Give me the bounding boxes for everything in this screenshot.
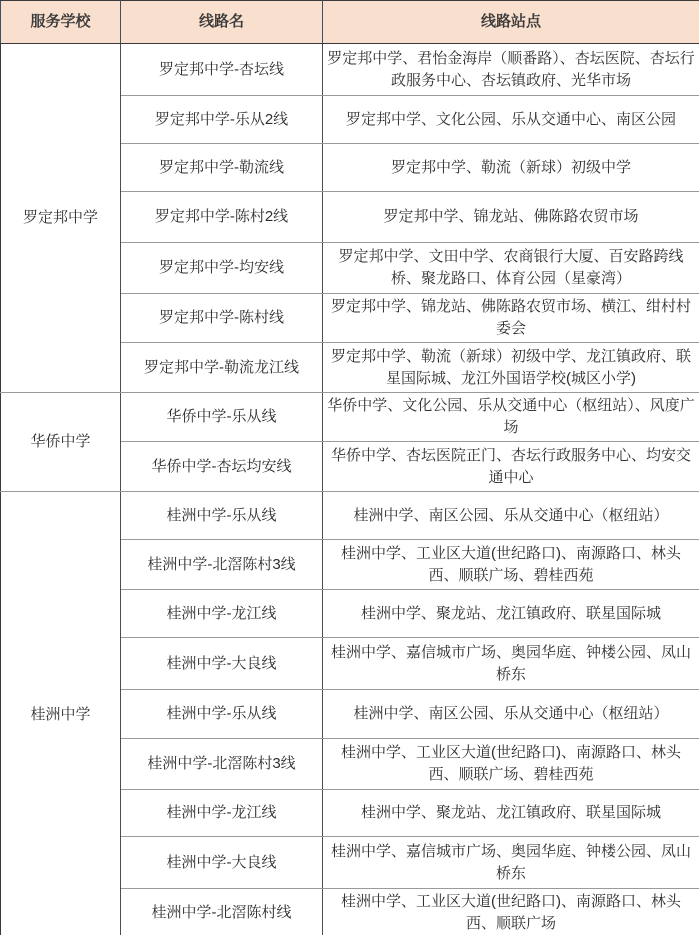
route-cell: 罗定邦中学-勒流线 <box>121 144 323 192</box>
stations-cell: 华侨中学、文化公园、乐从交通中心（枢纽站）、风度广场 <box>323 393 699 442</box>
stations-cell: 桂洲中学、南区公园、乐从交通中心（枢纽站） <box>323 492 699 540</box>
route-cell: 罗定邦中学-杏坛线 <box>121 44 323 96</box>
stations-cell: 华侨中学、杏坛医院正门、杏坛行政服务中心、均安交通中心 <box>323 442 699 492</box>
header-route: 线路名 <box>121 1 323 44</box>
stations-cell: 桂洲中学、工业区大道(世纪路口)、南源路口、林头西、顺联广场、碧桂西苑 <box>323 540 699 590</box>
route-cell: 罗定邦中学-勒流龙江线 <box>121 343 323 393</box>
route-cell: 罗定邦中学-均安线 <box>121 243 323 294</box>
stations-cell: 桂洲中学、嘉信城市广场、奥园华庭、钟楼公园、凤山桥东 <box>323 638 699 690</box>
school-cell: 罗定邦中学 <box>1 44 121 393</box>
table-row: 华侨中学 华侨中学-乐从线 华侨中学、文化公园、乐从交通中心（枢纽站）、风度广场 <box>1 393 699 442</box>
route-cell: 桂洲中学-北滘陈村线 <box>121 889 323 935</box>
stations-cell: 罗定邦中学、锦龙站、佛陈路农贸市场、横江、绀村村委会 <box>323 294 699 343</box>
stations-cell: 桂洲中学、聚龙站、龙江镇政府、联星国际城 <box>323 790 699 837</box>
stations-cell: 罗定邦中学、文田中学、农商银行大厦、百安路跨线桥、聚龙路口、体育公园（星豪湾） <box>323 243 699 294</box>
table-row: 桂洲中学 桂洲中学-乐从线 桂洲中学、南区公园、乐从交通中心（枢纽站） <box>1 492 699 540</box>
stations-cell: 罗定邦中学、勒流（新球）初级中学、龙江镇政府、联星国际城、龙江外国语学校(城区小… <box>323 343 699 393</box>
stations-cell: 罗定邦中学、锦龙站、佛陈路农贸市场 <box>323 192 699 243</box>
stations-cell: 罗定邦中学、君怡金海岸（顺番路）、杏坛医院、杏坛行政服务中心、杏坛镇政府、光华市… <box>323 44 699 96</box>
table-header-row: 服务学校 线路名 线路站点 <box>1 1 699 44</box>
route-cell: 桂洲中学-龙江线 <box>121 590 323 638</box>
school-cell: 华侨中学 <box>1 393 121 492</box>
route-cell: 华侨中学-杏坛均安线 <box>121 442 323 492</box>
route-cell: 桂洲中学-北滘陈村3线 <box>121 540 323 590</box>
stations-cell: 桂洲中学、工业区大道(世纪路口)、南源路口、林头西、顺联广场 <box>323 889 699 935</box>
stations-cell: 桂洲中学、工业区大道(世纪路口)、南源路口、林头西、顺联广场、碧桂西苑 <box>323 739 699 790</box>
stations-cell: 桂洲中学、嘉信城市广场、奥园华庭、钟楼公园、凤山桥东 <box>323 837 699 889</box>
route-cell: 罗定邦中学-陈村线 <box>121 294 323 343</box>
stations-cell: 桂洲中学、南区公园、乐从交通中心（枢纽站） <box>323 690 699 739</box>
route-cell: 桂洲中学-北滘陈村3线 <box>121 739 323 790</box>
route-cell: 桂洲中学-乐从线 <box>121 690 323 739</box>
stations-cell: 罗定邦中学、勒流（新球）初级中学 <box>323 144 699 192</box>
route-cell: 桂洲中学-大良线 <box>121 638 323 690</box>
header-stations: 线路站点 <box>323 1 699 44</box>
school-cell: 桂洲中学 <box>1 492 121 935</box>
route-cell: 华侨中学-乐从线 <box>121 393 323 442</box>
route-cell: 罗定邦中学-陈村2线 <box>121 192 323 243</box>
route-cell: 桂洲中学-龙江线 <box>121 790 323 837</box>
header-school: 服务学校 <box>1 1 121 44</box>
stations-cell: 桂洲中学、聚龙站、龙江镇政府、联星国际城 <box>323 590 699 638</box>
stations-cell: 罗定邦中学、文化公园、乐从交通中心、南区公园 <box>323 96 699 144</box>
table-row: 罗定邦中学 罗定邦中学-杏坛线 罗定邦中学、君怡金海岸（顺番路）、杏坛医院、杏坛… <box>1 44 699 96</box>
route-cell: 罗定邦中学-乐从2线 <box>121 96 323 144</box>
route-cell: 桂洲中学-大良线 <box>121 837 323 889</box>
school-bus-route-table: 服务学校 线路名 线路站点 罗定邦中学 罗定邦中学-杏坛线 罗定邦中学、君怡金海… <box>0 0 699 935</box>
route-cell: 桂洲中学-乐从线 <box>121 492 323 540</box>
